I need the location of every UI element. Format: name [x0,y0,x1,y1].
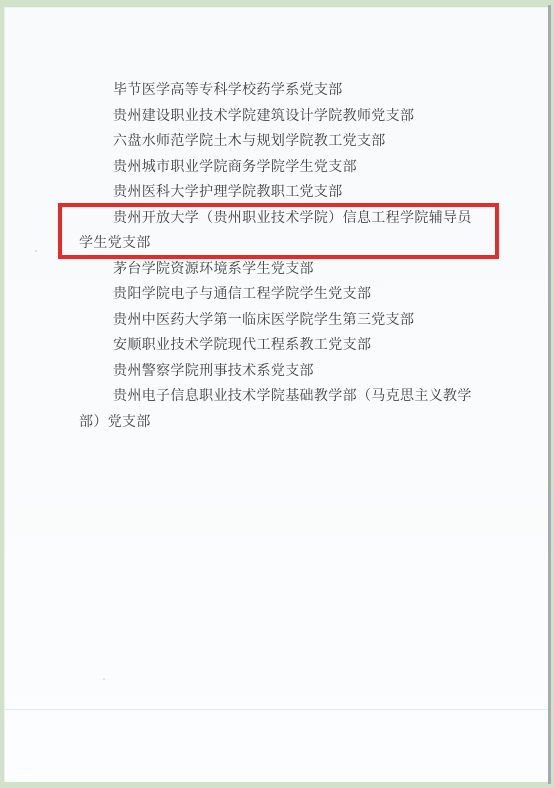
list-item: 茅台学院资源环境系学生党支部 [79,257,476,283]
fold-line [5,709,548,710]
list-item: 毕节医学高等专科学校药学系党支部 [79,78,476,104]
scan-speckle [403,121,405,123]
list-item: 安顺职业技术学院现代工程系教工党支部 [79,333,476,359]
list-item: 贵州城市职业学院商务学院学生党支部 [79,155,476,181]
list-item: 贵州医科大学护理学院教职工党支部 [79,180,476,206]
list-item: 贵阳学院电子与通信工程学院学生党支部 [79,282,476,308]
list-item: 六盘水师范学院土木与规划学院教工党支部 [79,129,476,155]
scan-backdrop: 毕节医学高等专科学校药学系党支部 贵州建设职业技术学院建筑设计学院教师党支部 六… [0,0,554,788]
list-item: 贵州中医药大学第一临床医学院学生第三党支部 [79,308,476,334]
page-edge-line [548,5,551,784]
party-branch-list: 毕节医学高等专科学校药学系党支部 贵州建设职业技术学院建筑设计学院教师党支部 六… [79,78,476,435]
list-item-highlighted: 贵州开放大学（贵州职业技术学院）信息工程学院辅导员学生党支部 [79,206,476,257]
scan-speckle [35,250,37,252]
document-page: 毕节医学高等专科学校药学系党支部 贵州建设职业技术学院建筑设计学院教师党支部 六… [4,7,548,782]
scan-speckle [103,678,105,680]
list-item: 贵州警察学院刑事技术系党支部 [79,359,476,385]
list-item: 贵州建设职业技术学院建筑设计学院教师党支部 [79,104,476,130]
list-item: 贵州电子信息职业技术学院基础教学部（马克思主义教学部）党支部 [79,384,476,435]
